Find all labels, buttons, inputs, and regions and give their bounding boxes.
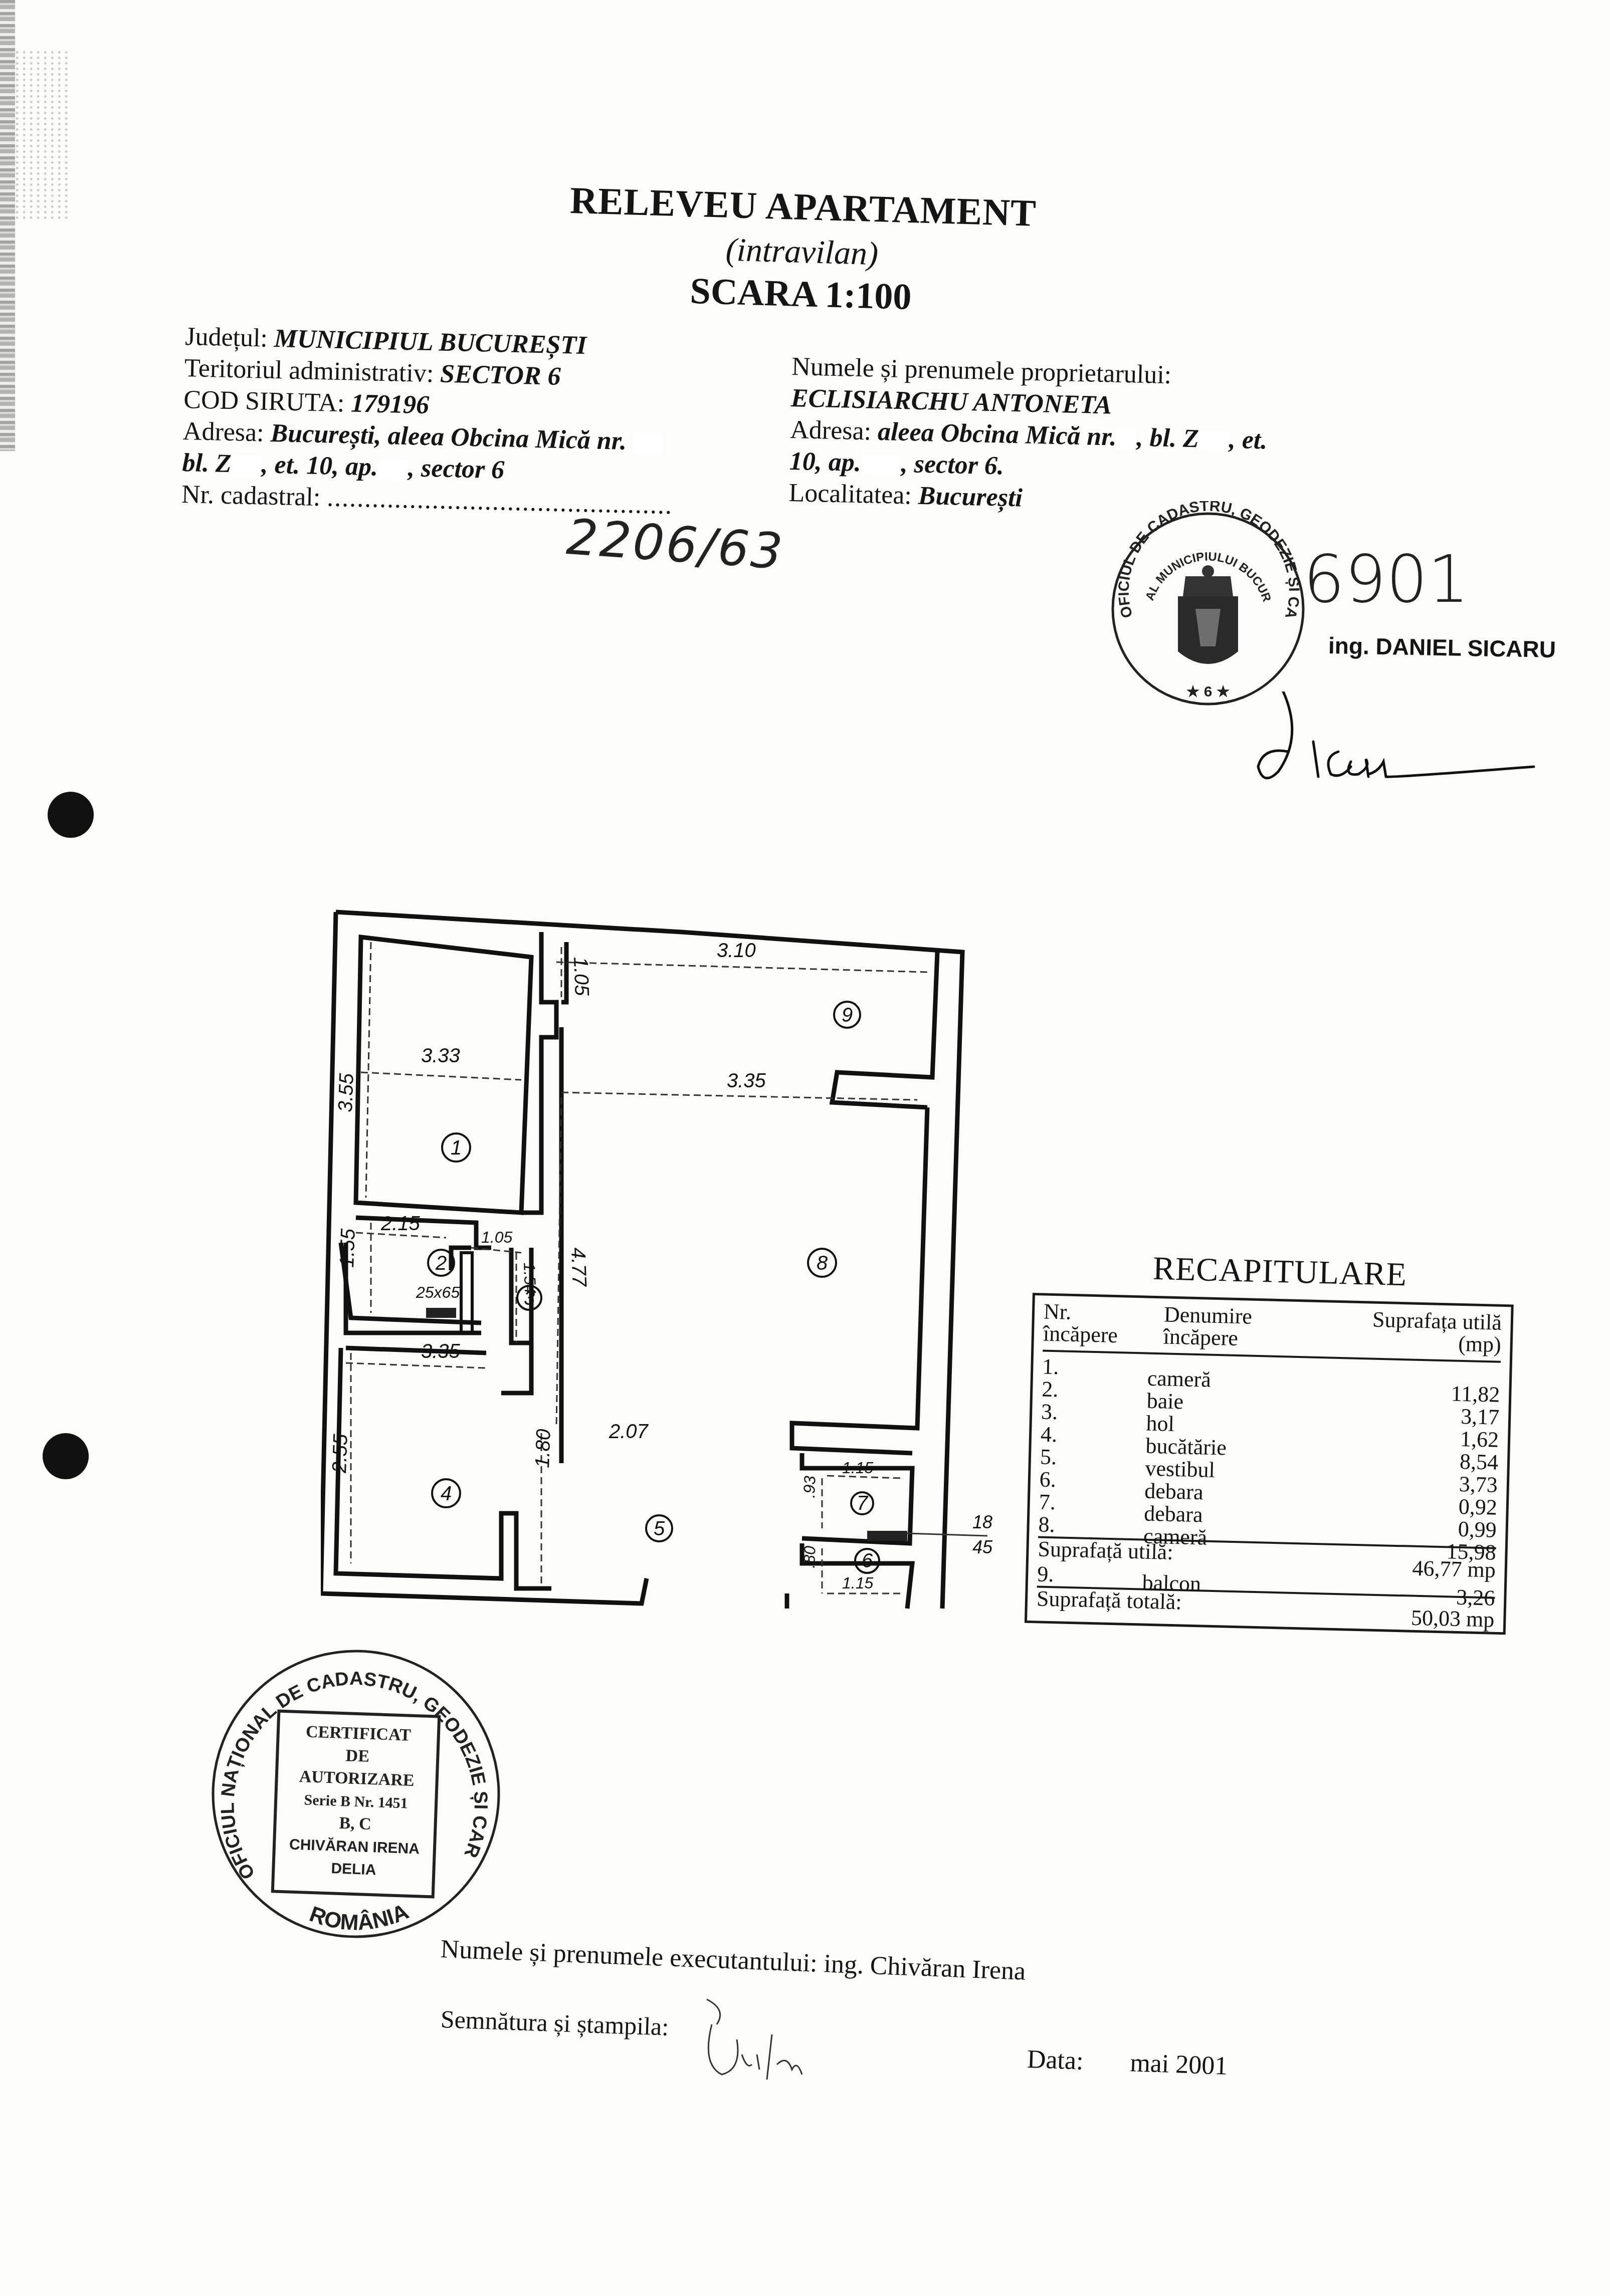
duct-note-bottom: 45: [972, 1537, 993, 1557]
official-signature: [1243, 692, 1544, 792]
stamp-official-name: ing. DANIEL SICARU: [1328, 632, 1556, 663]
total-value: 50,03 mp: [1344, 1595, 1495, 1631]
judet-value: MUNICIPIUL BUCUREȘTI: [274, 324, 587, 360]
coat-of-arms-icon: [1178, 565, 1238, 664]
col-name-line2: încăpere: [1163, 1325, 1314, 1351]
teritoriu-value: SECTOR 6: [440, 360, 561, 391]
dim-room8-height: 4.77: [567, 1247, 590, 1288]
duct-note-top: 18: [972, 1512, 992, 1532]
redacted-block: [633, 432, 664, 455]
owner-adresa-etaj: 10, ap.: [789, 447, 861, 477]
dim-room9-width: 3.10: [717, 940, 756, 962]
stamp-sector-number: ★ 6 ★: [1186, 683, 1230, 700]
location-info: Județul: MUNICIPIUL BUCUREȘTI Teritoriul…: [181, 321, 786, 524]
data-label: Data:: [1027, 2045, 1084, 2076]
signature-line: Semnătura și ștampila:: [440, 2004, 669, 2041]
dim-room2-height: 1.55: [336, 1228, 359, 1268]
siruta-value: 179196: [351, 389, 430, 420]
recap-rows: 1.cameră11,822.baie3,173.hol1,624.bucătă…: [1038, 1352, 1501, 1547]
room-marker-8: 8: [808, 1249, 836, 1277]
redacted-block: [378, 458, 409, 481]
dim-room7-width: 1.15: [842, 1459, 873, 1477]
scan-edge-noise: [0, 0, 15, 451]
data-value: mai 2001: [1129, 2048, 1228, 2081]
executant-signature: [697, 1994, 847, 2095]
siruta-label: COD SIRUTA:: [183, 385, 345, 417]
room-marker-9: 9: [834, 1002, 860, 1028]
adresa-sector: , sector 6: [408, 453, 505, 484]
room-marker-3: 3: [517, 1286, 541, 1310]
dim-room1-width: 3.33: [421, 1045, 460, 1067]
room-marker-1: 1: [442, 1133, 470, 1162]
owner-adresa-sector: , sector 6.: [901, 449, 1004, 481]
svg-text:6: 6: [862, 1550, 873, 1572]
svg-text:9: 9: [842, 1004, 853, 1026]
stamp-handwritten-number: 6901: [1303, 541, 1469, 617]
adresa-etaj: , et. 10, ap.: [261, 450, 378, 482]
svg-text:1: 1: [451, 1137, 462, 1159]
dim-room5-width: 2.07: [609, 1421, 649, 1443]
stamp-box-line: DELIA: [331, 1860, 376, 1878]
owner-info: Numele și prenumele proprietarului: ECLI…: [788, 351, 1393, 522]
adresa-label: Adresa:: [182, 417, 264, 447]
bath-note: 25x65: [416, 1283, 460, 1301]
punch-hole: [48, 792, 94, 838]
svg-text:3: 3: [524, 1287, 535, 1309]
dim-room5-height: 1.80: [531, 1429, 555, 1468]
executant-line: Numele și prenumele executantului: ing. …: [440, 1934, 1027, 1986]
dim-room1-height: 3.55: [334, 1072, 358, 1112]
adresa-bloc: bl. Z: [182, 448, 232, 478]
dim-room7-height: .93: [800, 1475, 819, 1498]
redacted-block: [231, 455, 262, 478]
stamp-box-line: Serie B Nr. 1451: [304, 1791, 408, 1811]
recap-title: RECAPITULARE: [1152, 1250, 1407, 1294]
stamp-box-line: AUTORIZARE: [299, 1767, 415, 1790]
stamp-box-line: CERTIFICAT: [305, 1722, 411, 1744]
document-title-block: RELEVEU APARTAMENT (intravilan) SCARA 1:…: [525, 178, 1080, 324]
executant-value: ing. Chivăran Irena: [824, 1949, 1027, 1985]
col-nr-line2: încăpere: [1043, 1323, 1163, 1348]
room-marker-7: 7: [851, 1492, 873, 1514]
date-line: Data: mai 2001: [1027, 2044, 1228, 2081]
duct-mark: [867, 1531, 907, 1541]
cadastre-office-stamp: OFICIUL DE CADASTRU, GEODEZIE ȘI CARTOGR…: [1103, 501, 1313, 712]
scan-speckle: [15, 50, 70, 220]
bathtub-mark: [426, 1308, 456, 1318]
owner-adresa-street: aleea Obcina Mică nr.: [877, 417, 1117, 451]
judet-label: Județul:: [185, 322, 268, 353]
svg-text:2: 2: [435, 1252, 447, 1274]
svg-text:7: 7: [857, 1492, 869, 1514]
dim-room6-height: .80: [800, 1545, 819, 1568]
col-area-line2: (mp): [1313, 1329, 1501, 1356]
stamp-box-line: CHIVĂRAN IRENA: [289, 1835, 420, 1857]
dim-room9-height: 1.05: [569, 957, 593, 997]
room-marker-5: 5: [646, 1515, 672, 1541]
svg-text:5: 5: [654, 1518, 665, 1540]
dim-room3-width: 1.05: [481, 1228, 512, 1246]
owner-name: ECLISIARCHU ANTONETA: [790, 384, 1112, 420]
dim-room8-width: 3.35: [727, 1070, 766, 1092]
owner-adresa-et: , et.: [1229, 425, 1268, 455]
svg-text:8: 8: [817, 1252, 828, 1274]
cadastral-label: Nr. cadastral:: [181, 480, 320, 512]
redacted-block: [1198, 430, 1229, 453]
apartment-floor-plan: 3.33 3.55 3.10 1.05 3.35 4.77 2.15 1.55 …: [321, 902, 1002, 1614]
stamp-box-line: DE: [345, 1746, 369, 1766]
room-marker-6: 6: [855, 1549, 879, 1573]
total-label: Suprafață totală:: [1036, 1587, 1344, 1627]
executant-label: Numele și prenumele executantului:: [440, 1935, 818, 1978]
recap-table: Nr.încăpere Denumireîncăpere Suprafața u…: [1025, 1293, 1514, 1635]
localitate-value: București: [918, 482, 1023, 513]
redacted-block: [861, 454, 901, 477]
owner-adresa-label: Adresa:: [790, 415, 872, 446]
localitate-label: Localitatea:: [788, 479, 912, 510]
semnatura-label: Semnătura și ștampila:: [440, 2005, 669, 2041]
punch-hole: [43, 1433, 89, 1479]
redacted-block: [1116, 428, 1137, 451]
room-marker-4: 4: [432, 1479, 460, 1507]
dim-room4-height: 2.55: [328, 1433, 352, 1474]
teritoriu-label: Teritoriul administrativ:: [184, 354, 434, 388]
stamp-box-line: B, C: [339, 1814, 371, 1833]
certification-stamp: OFICIUL NAȚIONAL DE CADASTRU, GEODEZIE Ș…: [200, 1639, 511, 1949]
dim-room2-width: 2.15: [380, 1213, 421, 1235]
owner-adresa-bloc: , bl. Z: [1136, 423, 1199, 453]
dim-room6-width: 1.15: [842, 1574, 873, 1592]
svg-text:4: 4: [441, 1483, 452, 1505]
dim-room4-width: 3.35: [421, 1340, 461, 1362]
